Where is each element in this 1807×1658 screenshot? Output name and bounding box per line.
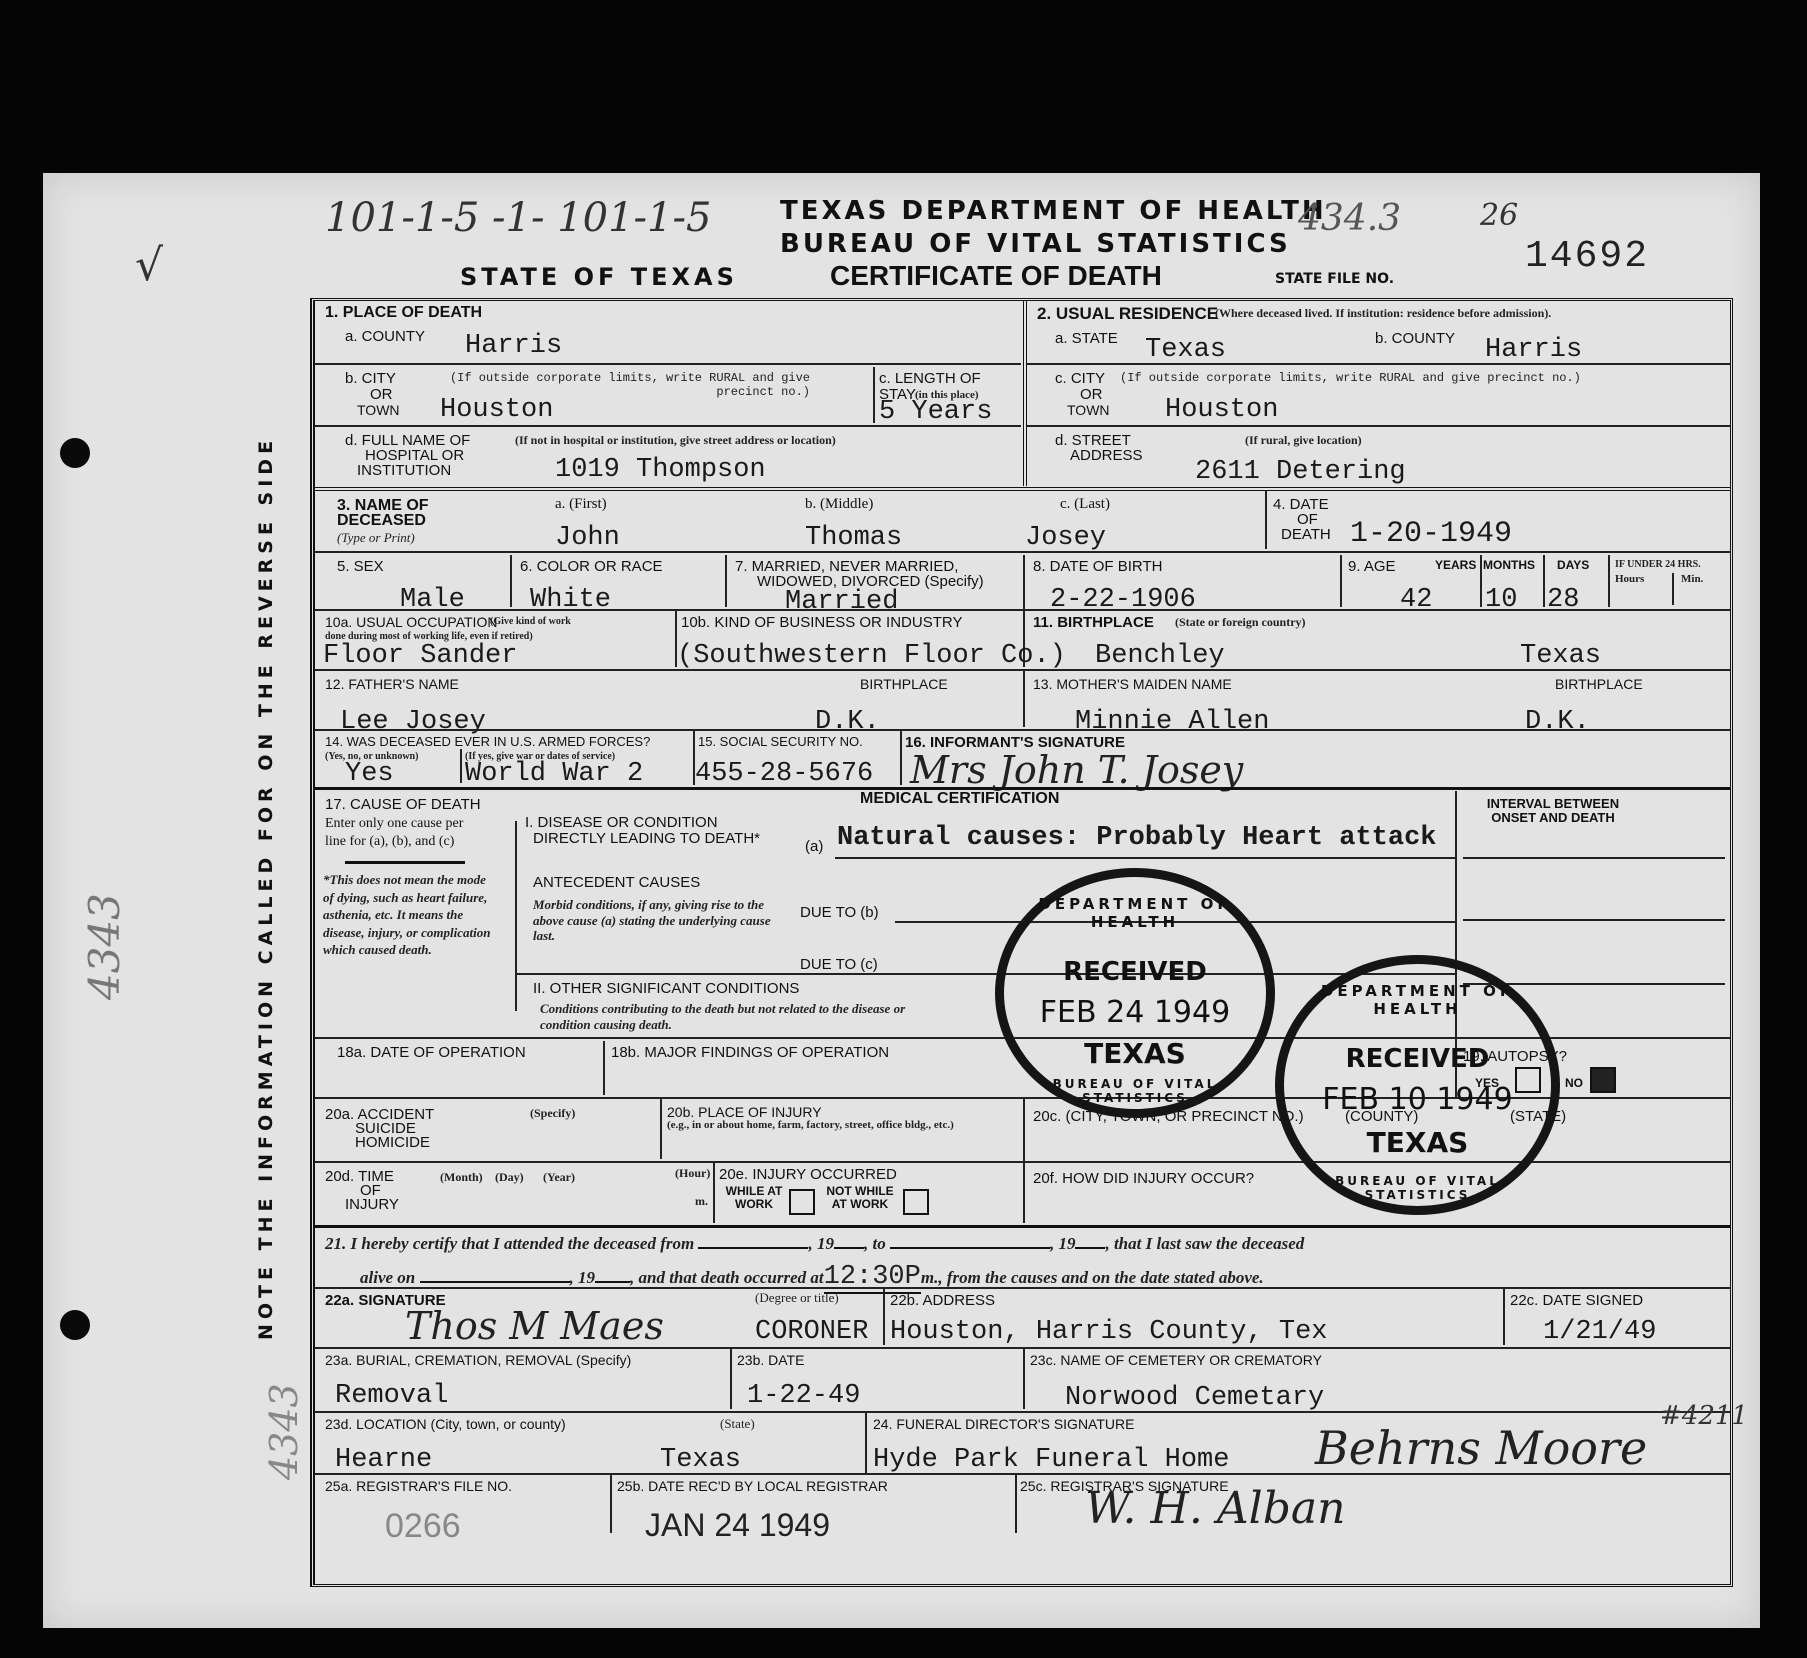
divider <box>1027 363 1730 365</box>
handwritten-code-26: 26 <box>1480 198 1518 233</box>
margin-handwritten-number: 4343 <box>80 893 129 1000</box>
mother-label: 13. MOTHER'S MAIDEN NAME <box>1033 677 1232 692</box>
business-label: 10b. KIND OF BUSINESS OR INDUSTRY <box>681 615 962 631</box>
dod-label-3: DEATH <box>1281 527 1331 543</box>
first-name-field[interactable]: John <box>555 525 620 552</box>
binder-hole-top <box>60 438 90 468</box>
race-label: 6. COLOR OR RACE <box>520 559 663 575</box>
divider <box>900 731 902 785</box>
operation-date-label: 18a. DATE OF OPERATION <box>337 1045 526 1061</box>
street-note: (If rural, give location) <box>1245 434 1362 448</box>
cause-a-field[interactable]: Natural causes: Probably Heart attack <box>837 825 1437 852</box>
last-seen-field[interactable] <box>420 1281 570 1283</box>
days-label: DAYS <box>1557 559 1589 572</box>
father-name-field[interactable]: Lee Josey <box>340 709 486 736</box>
cause-instruction-1: Enter only one cause per <box>325 817 463 832</box>
last-name-label: c. (Last) <box>1060 497 1110 513</box>
received-stamp-2: DEPARTMENT OF HEALTH RECEIVED FEB 10 194… <box>1275 955 1560 1215</box>
not-while-at-work-checkbox[interactable] <box>903 1189 929 1215</box>
divider <box>1265 491 1267 549</box>
while-at-work-checkbox[interactable] <box>789 1189 815 1215</box>
father-label: 12. FATHER'S NAME <box>325 677 459 692</box>
handwritten-code-right: 434.3 <box>1298 198 1401 239</box>
cause-a-label: (a) <box>805 839 823 855</box>
state-file-label: STATE FILE NO. <box>1275 271 1394 287</box>
place-of-injury-label: 20b. PLACE OF INJURY <box>667 1105 822 1120</box>
divider <box>713 1163 715 1223</box>
burial-field[interactable]: Removal <box>335 1383 448 1410</box>
mother-birthplace-label: BIRTHPLACE <box>1555 677 1643 692</box>
date-signed-label: 22c. DATE SIGNED <box>1510 1293 1643 1309</box>
place-of-injury-note: (e.g., in or about home, farm, factory, … <box>667 1119 997 1132</box>
antecedent-label: ANTECEDENT CAUSES <box>533 875 700 891</box>
divider <box>1023 1349 1025 1409</box>
divider <box>315 609 1730 611</box>
attended-to-year-field[interactable] <box>1075 1247 1105 1249</box>
divider <box>1023 671 1025 727</box>
certify-text-e: , that I last saw the deceased <box>1105 1234 1304 1253</box>
registrar-signature: W. H. Alban <box>1085 1487 1345 1531</box>
death-county-field[interactable]: Harris <box>465 333 562 360</box>
under-24-label: IF UNDER 24 HRS. <box>1615 559 1701 571</box>
place-of-death-label: 1. PLACE OF DEATH <box>325 305 482 322</box>
registrar-file-number: 0266 <box>385 1507 461 1546</box>
not-while-at-work-label: NOT WHILE AT WORK <box>820 1185 900 1210</box>
residence-state-label: a. STATE <box>1055 331 1118 347</box>
interval-b-field[interactable] <box>1463 919 1725 921</box>
operation-findings-label: 18b. MAJOR FINDINGS OF OPERATION <box>611 1045 889 1061</box>
certify-text-h: , and that death occurred at <box>630 1268 824 1287</box>
informant-signature: Mrs John T. Josey <box>910 751 1243 789</box>
county-label: a. COUNTY <box>345 329 425 345</box>
usual-residence-note: (Where deceased lived. If institution: r… <box>1215 307 1715 321</box>
antecedent-note: Morbid conditions, if any, giving rise t… <box>533 897 783 944</box>
specify-label: (Specify) <box>530 1107 575 1121</box>
residence-state-field[interactable]: Texas <box>1145 337 1226 364</box>
date-signed-field[interactable]: 1/21/49 <box>1543 1319 1656 1346</box>
medical-certification-heading: MEDICAL CERTIFICATION <box>860 791 1059 808</box>
certify-text-c: , to <box>864 1234 886 1253</box>
interval-label: INTERVAL BETWEEN ONSET AND DEATH <box>1463 797 1643 824</box>
or-label: OR <box>1080 387 1103 403</box>
name-label-2: DECEASED <box>337 513 426 530</box>
divider <box>883 1289 885 1345</box>
street-address-field[interactable]: 2611 Detering <box>1195 459 1406 486</box>
divider <box>315 551 1730 553</box>
stamp-1-received: RECEIVED <box>1004 957 1266 987</box>
years-label: YEARS <box>1435 559 1476 572</box>
father-birthplace-field[interactable]: D.K. <box>815 709 880 736</box>
burial-date-label: 23b. DATE <box>737 1353 804 1368</box>
middle-name-label: b. (Middle) <box>805 497 873 513</box>
certify-text-f: alive on <box>360 1268 415 1287</box>
agency-line-1: TEXAS DEPARTMENT OF HEALTH <box>780 196 1327 226</box>
degree-field[interactable]: CORONER <box>755 1319 868 1346</box>
divider <box>1015 1475 1017 1533</box>
stamp-2-top: DEPARTMENT OF HEALTH <box>1284 982 1551 1018</box>
m-label: m. <box>695 1195 708 1209</box>
divider <box>1027 425 1730 427</box>
date-received-stamp: JAN 24 1949 <box>645 1507 830 1544</box>
divider <box>315 729 1730 731</box>
address-label: 22b. ADDRESS <box>890 1293 995 1309</box>
injury-type-label-3: HOMICIDE <box>355 1135 430 1151</box>
usual-residence-label: 2. USUAL RESIDENCE <box>1037 305 1218 323</box>
last-seen-year-field[interactable] <box>595 1281 630 1283</box>
injury-occurred-label: 20e. INJURY OCCURRED <box>719 1167 897 1183</box>
funeral-home-field[interactable]: Hyde Park Funeral Home <box>873 1447 1229 1474</box>
divider <box>865 1413 867 1473</box>
residence-county-label: b. COUNTY <box>1375 331 1455 347</box>
divider <box>1608 555 1610 607</box>
divider <box>315 1411 1730 1413</box>
divider <box>1543 555 1545 607</box>
hospital-note: (If not in hospital or institution, give… <box>515 434 836 448</box>
stamp-1-top: DEPARTMENT OF HEALTH <box>1004 895 1266 931</box>
ssn-label: 15. SOCIAL SECURITY NO. <box>698 735 863 749</box>
state-name: STATE OF TEXAS <box>460 263 738 291</box>
or-label: OR <box>370 387 393 403</box>
ssn-field[interactable]: 455-28-5676 <box>695 761 873 788</box>
document-title: CERTIFICATE OF DEATH <box>830 260 1162 292</box>
date-received-label: 25b. DATE REC'D BY LOCAL REGISTRAR <box>617 1479 888 1494</box>
physician-address-field[interactable]: Houston, Harris County, Tex <box>890 1319 1327 1346</box>
burial-location-label: 23d. LOCATION (City, town, or county) <box>325 1417 566 1432</box>
marital-status-field[interactable]: Married <box>785 589 898 616</box>
divider <box>725 555 727 607</box>
cause-instruction-2: line for (a), (b), and (c) <box>325 835 454 850</box>
street-label-2: ADDRESS <box>1070 448 1143 464</box>
funeral-director-label: 24. FUNERAL DIRECTOR'S SIGNATURE <box>873 1417 1134 1432</box>
check-mark: √ <box>135 240 163 291</box>
sex-label: 5. SEX <box>337 559 384 575</box>
town-label: TOWN <box>357 403 400 418</box>
divider <box>315 1473 1730 1475</box>
day-label: (Day) <box>495 1171 524 1185</box>
burial-city-field[interactable]: Hearne <box>335 1447 432 1474</box>
war-service-field[interactable]: World War 2 <box>465 761 643 788</box>
hospital-label-3: INSTITUTION <box>357 463 451 479</box>
due-to-b-label: DUE TO (b) <box>800 905 879 921</box>
stamp-1-bottom: BUREAU OF VITAL STATISTICS <box>1004 1077 1266 1105</box>
divider <box>315 487 1730 491</box>
binder-hole-bottom <box>60 1310 90 1340</box>
occupation-label: 10a. USUAL OCCUPATION <box>325 615 497 630</box>
divider <box>315 1287 1730 1289</box>
min-label: Min. <box>1681 573 1703 586</box>
burial-state-field[interactable]: Texas <box>660 1447 741 1474</box>
divider <box>835 857 1455 859</box>
stamp-2-date: FEB 10 1949 <box>1284 1082 1551 1117</box>
attended-to-field[interactable] <box>890 1247 1050 1249</box>
state-file-number: 14692 <box>1525 235 1649 278</box>
certify-text-d: , 19 <box>1050 1234 1076 1253</box>
birthplace-note: (State or foreign country) <box>1175 616 1306 630</box>
first-name-label: a. (First) <box>555 497 607 513</box>
divider <box>610 1475 612 1533</box>
length-of-stay-field[interactable]: 5 Years <box>879 399 992 426</box>
divider <box>515 821 517 1011</box>
autopsy-no-label: NO <box>1565 1077 1583 1090</box>
age-label: 9. AGE <box>1348 559 1396 575</box>
divider <box>1023 301 1027 486</box>
hours-label: Hours <box>1615 573 1644 586</box>
disease-label-2: DIRECTLY LEADING TO DEATH* <box>533 831 760 847</box>
burial-state-label: (State) <box>720 1417 755 1432</box>
cause-of-death-label: 17. CAUSE OF DEATH <box>325 797 481 813</box>
dob-label: 8. DATE OF BIRTH <box>1033 559 1162 575</box>
residence-county-field[interactable]: Harris <box>1485 337 1582 364</box>
name-label-3: (Type or Print) <box>337 529 415 547</box>
stamp-2-state: TEXAS <box>1284 1126 1551 1159</box>
certify-text-g: , 19 <box>570 1268 596 1287</box>
certify-text-i: m., from the causes and on the date stat… <box>921 1268 1264 1287</box>
divider <box>345 861 465 864</box>
divider <box>315 363 1021 365</box>
residence-city-label: c. CITY <box>1055 371 1105 387</box>
stamp-1-state: TEXAS <box>1004 1037 1266 1070</box>
interval-a-field[interactable] <box>1463 857 1725 859</box>
certify-text-a: 21. I hereby certify that I attended the… <box>325 1234 694 1253</box>
birthplace-state-field[interactable]: Texas <box>1520 643 1601 670</box>
hour-label: (Hour) <box>675 1167 710 1181</box>
autopsy-no-checkbox[interactable] <box>1590 1067 1616 1093</box>
middle-name-field[interactable]: Thomas <box>805 525 902 552</box>
stamp-2-received: RECEIVED <box>1284 1044 1551 1074</box>
residence-city-note: (If outside corporate limits, write RURA… <box>1120 372 1581 386</box>
agency-line-2: BUREAU OF VITAL STATISTICS <box>780 229 1291 259</box>
father-birthplace-label: BIRTHPLACE <box>860 677 948 692</box>
divider <box>730 1349 732 1409</box>
certify-line-1: 21. I hereby certify that I attended the… <box>325 1233 1304 1256</box>
received-stamp-1: DEPARTMENT OF HEALTH RECEIVED FEB 24 194… <box>995 868 1275 1118</box>
cemetery-field[interactable]: Norwood Cemetary <box>1065 1385 1324 1412</box>
mother-name-field[interactable]: Minnie Allen <box>1075 709 1269 736</box>
divider <box>1503 1289 1505 1345</box>
month-label: (Month) <box>440 1171 483 1185</box>
divider <box>460 749 462 783</box>
divider <box>315 1225 1730 1228</box>
funeral-director-signature: Behrns Moore <box>1315 1425 1647 1471</box>
divider <box>1672 573 1674 605</box>
other-conditions-label: II. OTHER SIGNIFICANT CONDITIONS <box>533 981 799 997</box>
date-of-death-field[interactable]: 1-20-1949 <box>1350 519 1512 549</box>
stamp-2-bottom: BUREAU OF VITAL STATISTICS <box>1284 1174 1551 1202</box>
funeral-license-number: #4211 <box>1660 1401 1748 1431</box>
due-to-c-field[interactable] <box>515 973 1455 975</box>
certify-text-b: , 19 <box>808 1234 834 1253</box>
reverse-side-note: NOTE THE INFORMATION CALLED FOR ON THE R… <box>255 436 277 1340</box>
attended-from-year-field[interactable] <box>834 1247 864 1249</box>
last-name-field[interactable]: Josey <box>1025 525 1106 552</box>
while-at-work-label: WHILE AT WORK <box>719 1185 789 1210</box>
disease-label-1: I. DISEASE OR CONDITION <box>525 815 718 831</box>
divider <box>1480 555 1482 607</box>
business-field[interactable]: (Southwestern Floor Co.) <box>677 643 1066 670</box>
residence-city-field[interactable]: Houston <box>1165 397 1278 424</box>
armed-forces-label: 14. WAS DECEASED EVER IN U.S. ARMED FORC… <box>325 735 650 749</box>
year-label: (Year) <box>543 1171 575 1185</box>
divider <box>510 555 512 607</box>
birthplace-label: 11. BIRTHPLACE <box>1033 615 1154 631</box>
registrar-file-label: 25a. REGISTRAR'S FILE NO. <box>325 1479 512 1494</box>
other-conditions-note: Conditions contributing to the death but… <box>540 1001 920 1032</box>
divider <box>873 367 875 423</box>
how-injury-label: 20f. HOW DID INJURY OCCUR? <box>1033 1171 1254 1187</box>
divider <box>1340 555 1342 607</box>
due-to-c-label: DUE TO (c) <box>800 957 878 973</box>
mother-birthplace-field[interactable]: D.K. <box>1525 709 1590 736</box>
divider <box>315 425 1021 427</box>
town-label: TOWN <box>1067 403 1110 418</box>
degree-label: (Degree or title) <box>755 1291 839 1306</box>
birthplace-city-field[interactable]: Benchley <box>1095 643 1225 670</box>
physician-signature: Thos M Maes <box>405 1307 664 1345</box>
death-city-field[interactable]: Houston <box>440 397 553 424</box>
margin-handwritten-number-2: 4343 <box>262 1383 306 1480</box>
hospital-field[interactable]: 1019 Thompson <box>555 457 766 484</box>
divider <box>603 1041 605 1095</box>
cause-footnote: *This does not mean the mode of dying, s… <box>323 871 493 959</box>
attended-from-field[interactable] <box>698 1247 808 1249</box>
time-of-injury-label-3: INJURY <box>345 1197 399 1213</box>
occupation-note-1: (Give kind of work <box>490 616 571 628</box>
occupation-field[interactable]: Floor Sander <box>323 643 517 670</box>
burial-date-field[interactable]: 1-22-49 <box>747 1383 860 1410</box>
armed-forces-field[interactable]: Yes <box>345 761 394 788</box>
stamp-1-date: FEB 24 1949 <box>1004 995 1266 1030</box>
burial-label: 23a. BURIAL, CREMATION, REMOVAL (Specify… <box>325 1353 631 1368</box>
city-label: b. CITY <box>345 371 396 387</box>
handwritten-code-left: 101-1-5 -1- 101-1-5 <box>325 195 711 241</box>
divider <box>660 1099 662 1159</box>
cemetery-label: 23c. NAME OF CEMETERY OR CREMATORY <box>1030 1353 1322 1368</box>
months-label: MONTHS <box>1483 559 1535 572</box>
